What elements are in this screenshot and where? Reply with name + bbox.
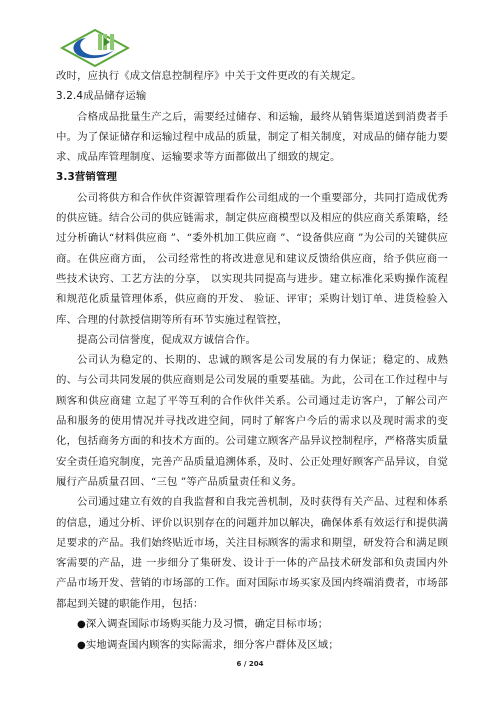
paragraph: 公司认为稳定的、长期的、忠诚的顾客是公司发展的有力保证；稳定的、成熟的、与公司共… bbox=[56, 350, 448, 492]
paragraph: 公司将供方和合作伙伴资源管理看作公司组成的一个重要部分，共同打造成优秀的供应链。… bbox=[56, 188, 448, 330]
company-logo-icon bbox=[58, 28, 132, 68]
bullet-text: 实地调查国内顾客的实际需求，细分客户群体及区域； bbox=[86, 639, 339, 651]
text-line: 改时，应执行《成文信息控制程序》中关于文件更改的有关规定。 bbox=[56, 66, 448, 86]
bullet-item: ●深入调查国际市场购买能力及习惯，确定目标市场； bbox=[56, 614, 448, 635]
document-body: 改时，应执行《成文信息控制程序》中关于文件更改的有关规定。 3.2.4成品储存运… bbox=[56, 66, 448, 657]
paragraph: 合格成品批量生产之后，需要经过储存、和运输，最终从销售渠道送到消费者手中。为了保… bbox=[56, 107, 448, 168]
section-heading: 3.3营销管理 bbox=[56, 167, 448, 187]
page-number: 6 / 204 bbox=[0, 660, 500, 668]
bullet-icon: ● bbox=[77, 640, 86, 651]
bullet-icon: ● bbox=[77, 619, 86, 630]
paragraph: 提高公司信誉度，促成双方诚信合作。 bbox=[56, 330, 448, 350]
section-heading: 3.2.4成品储存运输 bbox=[56, 86, 448, 106]
paragraph: 公司通过建立有效的自我监督和自我完善机制，及时获得有关产品、过程和体系的信息，通… bbox=[56, 492, 448, 614]
bullet-text: 深入调查国际市场购买能力及习惯，确定目标市场； bbox=[86, 618, 328, 630]
bullet-item: ●实地调查国内顾客的实际需求，细分客户群体及区域； bbox=[56, 635, 448, 656]
